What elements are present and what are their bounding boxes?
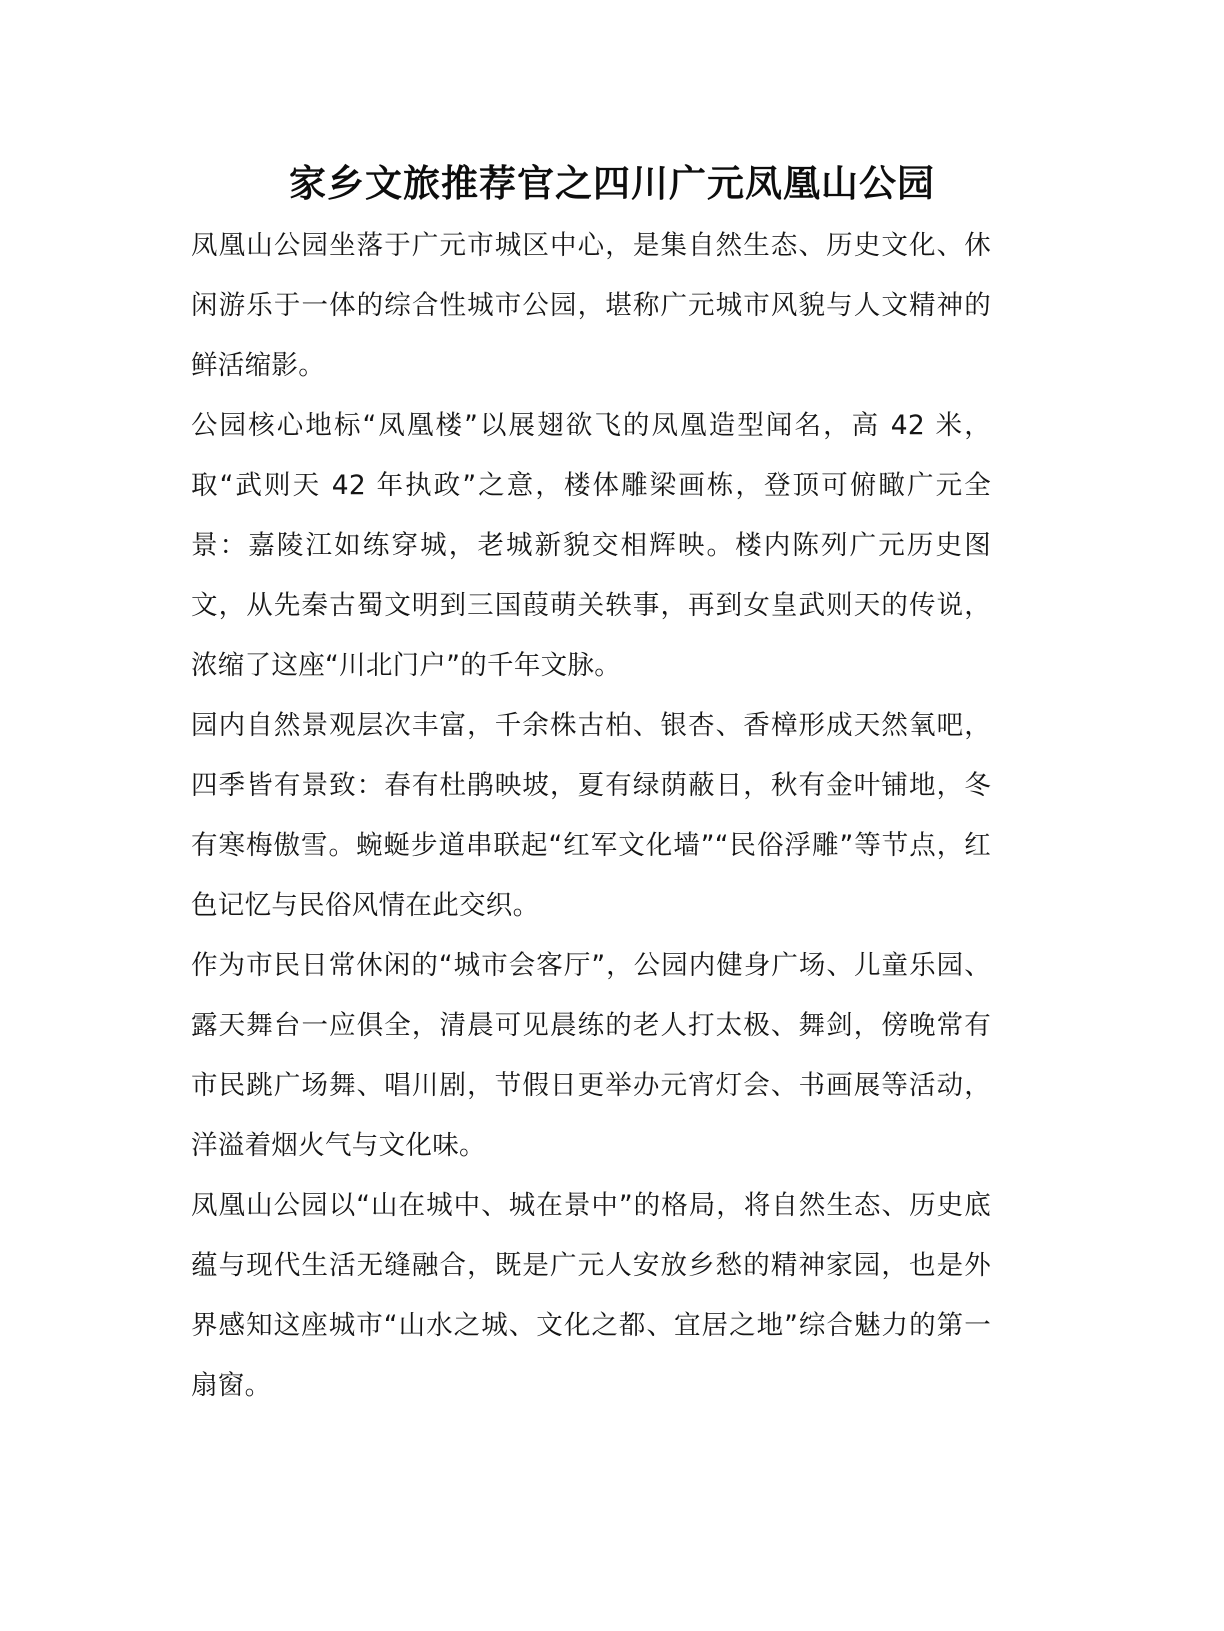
paragraph-natural-scenery: 园内自然景观层次丰富，千余株古柏、银杏、香樟形成天然氧吧，四季皆有景致：春有杜鹃… <box>191 696 991 936</box>
document-body: 凤凰山公园坐落于广元市城区中心，是集自然生态、历史文化、休闲游乐于一体的综合性城… <box>191 216 991 1416</box>
document-page: 家乡文旅推荐官之四川广元凤凰山公园 凤凰山公园坐落于广元市城区中心，是集自然生态… <box>0 0 1224 1631</box>
paragraph-conclusion: 凤凰山公园以“山在城中、城在景中”的格局，将自然生态、历史底蕴与现代生活无缝融合… <box>191 1176 991 1416</box>
paragraph-intro: 凤凰山公园坐落于广元市城区中心，是集自然生态、历史文化、休闲游乐于一体的综合性城… <box>191 216 991 396</box>
paragraph-city-living-room: 作为市民日常休闲的“城市会客厅”，公园内健身广场、儿童乐园、露天舞台一应俱全，清… <box>191 936 991 1176</box>
document-title: 家乡文旅推荐官之四川广元凤凰山公园 <box>0 158 1224 210</box>
paragraph-phoenix-tower: 公园核心地标“凤凰楼”以展翅欲飞的凤凰造型闻名，高 42 米，取“武则天 42 … <box>191 396 991 696</box>
